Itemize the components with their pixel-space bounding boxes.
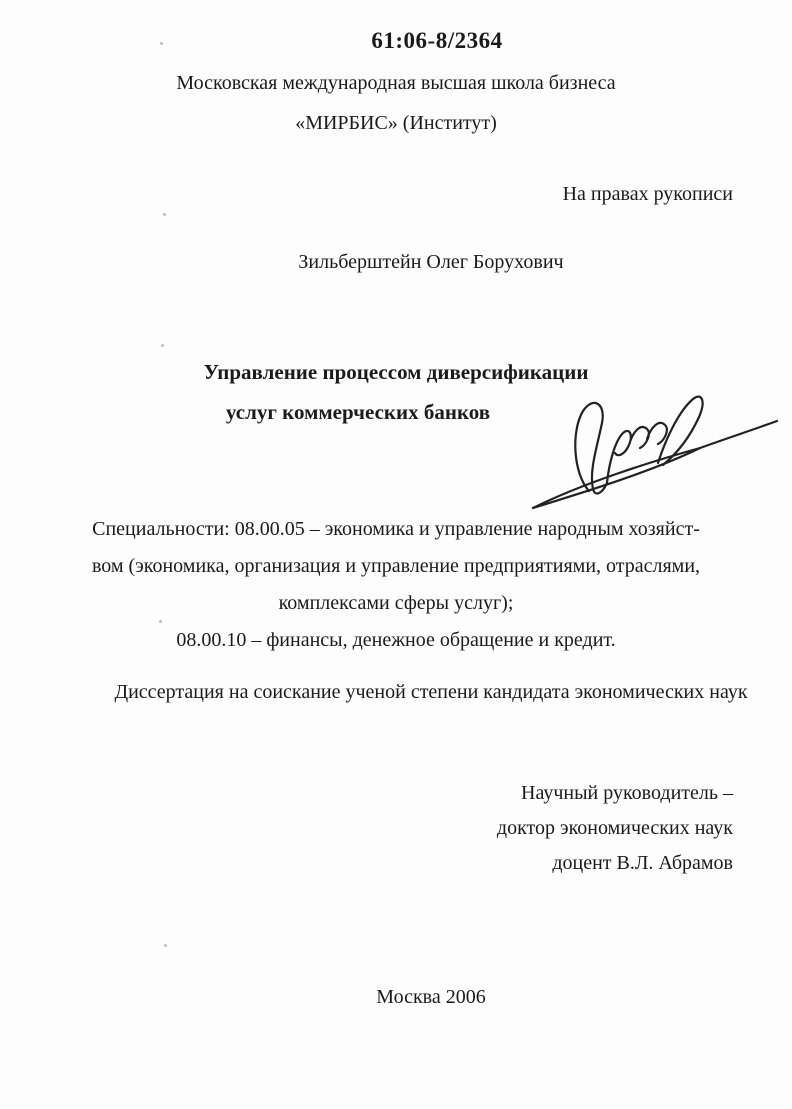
signature-underline-tail <box>700 421 777 448</box>
supervisor-degree: доктор экономических наук <box>497 811 733 846</box>
specialties-line2: вом (экономика, организация и управление… <box>0 555 792 578</box>
scan-speck <box>160 42 163 45</box>
degree-statement: Диссертация на соискание ученой степени … <box>35 681 792 704</box>
specialties-line3: комплексами сферы услуг); <box>0 592 792 615</box>
scan-speck <box>159 620 162 623</box>
institution-name: Московская международная высшая школа би… <box>0 72 792 95</box>
author-name: Зильберштейн Олег Борухович <box>35 251 792 274</box>
dissertation-title-page: 61:06-8/2364 Московская международная вы… <box>0 0 792 1109</box>
scan-speck <box>161 344 164 347</box>
supervisor-name: доцент В.Л. Абрамов <box>497 846 733 881</box>
specialties-line4: 08.00.10 – финансы, денежное обращение и… <box>0 629 792 652</box>
specialties-line1: Специальности: 08.00.05 – экономика и уп… <box>0 518 792 541</box>
signature-underline-leaf <box>533 448 700 508</box>
scan-speck <box>163 213 166 216</box>
catalog-number: 61:06-8/2364 <box>41 28 792 54</box>
supervisor-block: Научный руководитель – доктор экономичес… <box>497 776 733 881</box>
signature-flourish <box>658 397 703 465</box>
city-year: Москва 2006 <box>35 986 792 1009</box>
institution-abbreviation: «МИРБИС» (Институт) <box>0 112 792 135</box>
handwritten-signature <box>503 383 788 523</box>
scan-speck <box>164 944 167 947</box>
dissertation-title-line1: Управление процессом диверсификации <box>0 360 792 384</box>
supervisor-heading: Научный руководитель – <box>497 776 733 811</box>
manuscript-rights-note: На правах рукописи <box>563 183 733 206</box>
